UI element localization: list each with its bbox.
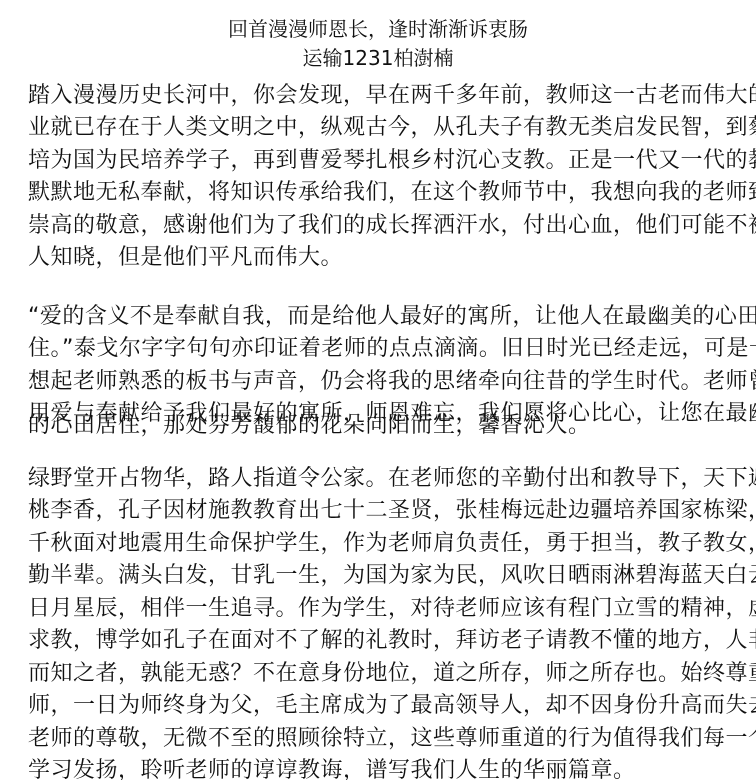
text-line: 千秋面对地震用生命保护学生，作为老师肩负责任，勇于担当，教子教女，辛 — [28, 530, 748, 558]
document-title: 回首漫漫师恩长，逢时渐渐诉衷肠 — [0, 16, 756, 42]
text-line: 而知之者，孰能无惑？不在意身份地位，道之所存，师之所存也。始终尊重老 — [28, 660, 748, 688]
text-line: “爱的含义不是奉献自我，而是给他人最好的寓所，让他人在最幽美的心田居 — [28, 303, 748, 331]
text-line: 勤半辈。满头白发，甘乳一生，为国为家为民，风吹日晒雨淋碧海蓝天白云， — [28, 562, 748, 590]
text-line: 绿野堂开占物华，路人指道令公家。在老师您的辛勤付出和教导下，天下遍是 — [28, 465, 748, 493]
text-line: 学习发扬，聆听老师的谆谆教诲，谱写我们人生的华丽篇章。 — [28, 757, 748, 780]
text-line: 崇高的敬意，感谢他们为了我们的成长挥洒汗水，付出心血，他们可能不被世 — [28, 212, 748, 240]
text-line: 培为国为民培养学子，再到曹爱琴扎根乡村沉心支教。正是一代又一代的教师 — [28, 147, 748, 175]
text-line: 求教，博学如孔子在面对不了解的礼教时，拜访老子请教不懂的地方，人非生 — [28, 627, 748, 655]
text-line: 桃李香，孔子因材施教教育出七十二圣贤，张桂梅远赴边疆培养国家栋梁，谭 — [28, 497, 748, 525]
text-line: 人知晓，但是他们平凡而伟大。 — [28, 244, 748, 272]
text-line: 想起老师熟悉的板书与声音，仍会将我的思绪牵向往昔的学生时代。老师曾经 — [28, 368, 748, 396]
text-line: 默默地无私奉献，将知识传承给我们，在这个教师节中，我想向我的老师致以 — [28, 179, 748, 207]
text-line: 踏入漫漫历史长河中，你会发现，早在两千多年前，教师这一古老而伟大的职 — [28, 82, 748, 110]
text-line: 师，一日为师终身为父，毛主席成为了最高领导人，却不因身份升高而失去对 — [28, 692, 748, 720]
text-line: 老师的尊敬，无微不至的照顾徐特立，这些尊师重道的行为值得我们每一个人 — [28, 725, 748, 753]
document-author: 运输1231柏澍楠 — [0, 45, 756, 71]
text-line: 住。”泰戈尔字字句句亦印证着老师的点点滴滴。旧日时光已经走远，可是一 — [28, 335, 748, 363]
text-line: 业就已存在于人类文明之中，纵观古今，从孔夫子有教无类启发民智，到蔡元 — [28, 114, 748, 142]
text-line: 日月星辰，相伴一生追寻。作为学生，对待老师应该有程门立雪的精神，虚心 — [28, 595, 748, 623]
text-line: 的心田居住，那处芬芳馥郁的花朵向阳而生，馨香沁人。 — [28, 412, 748, 440]
